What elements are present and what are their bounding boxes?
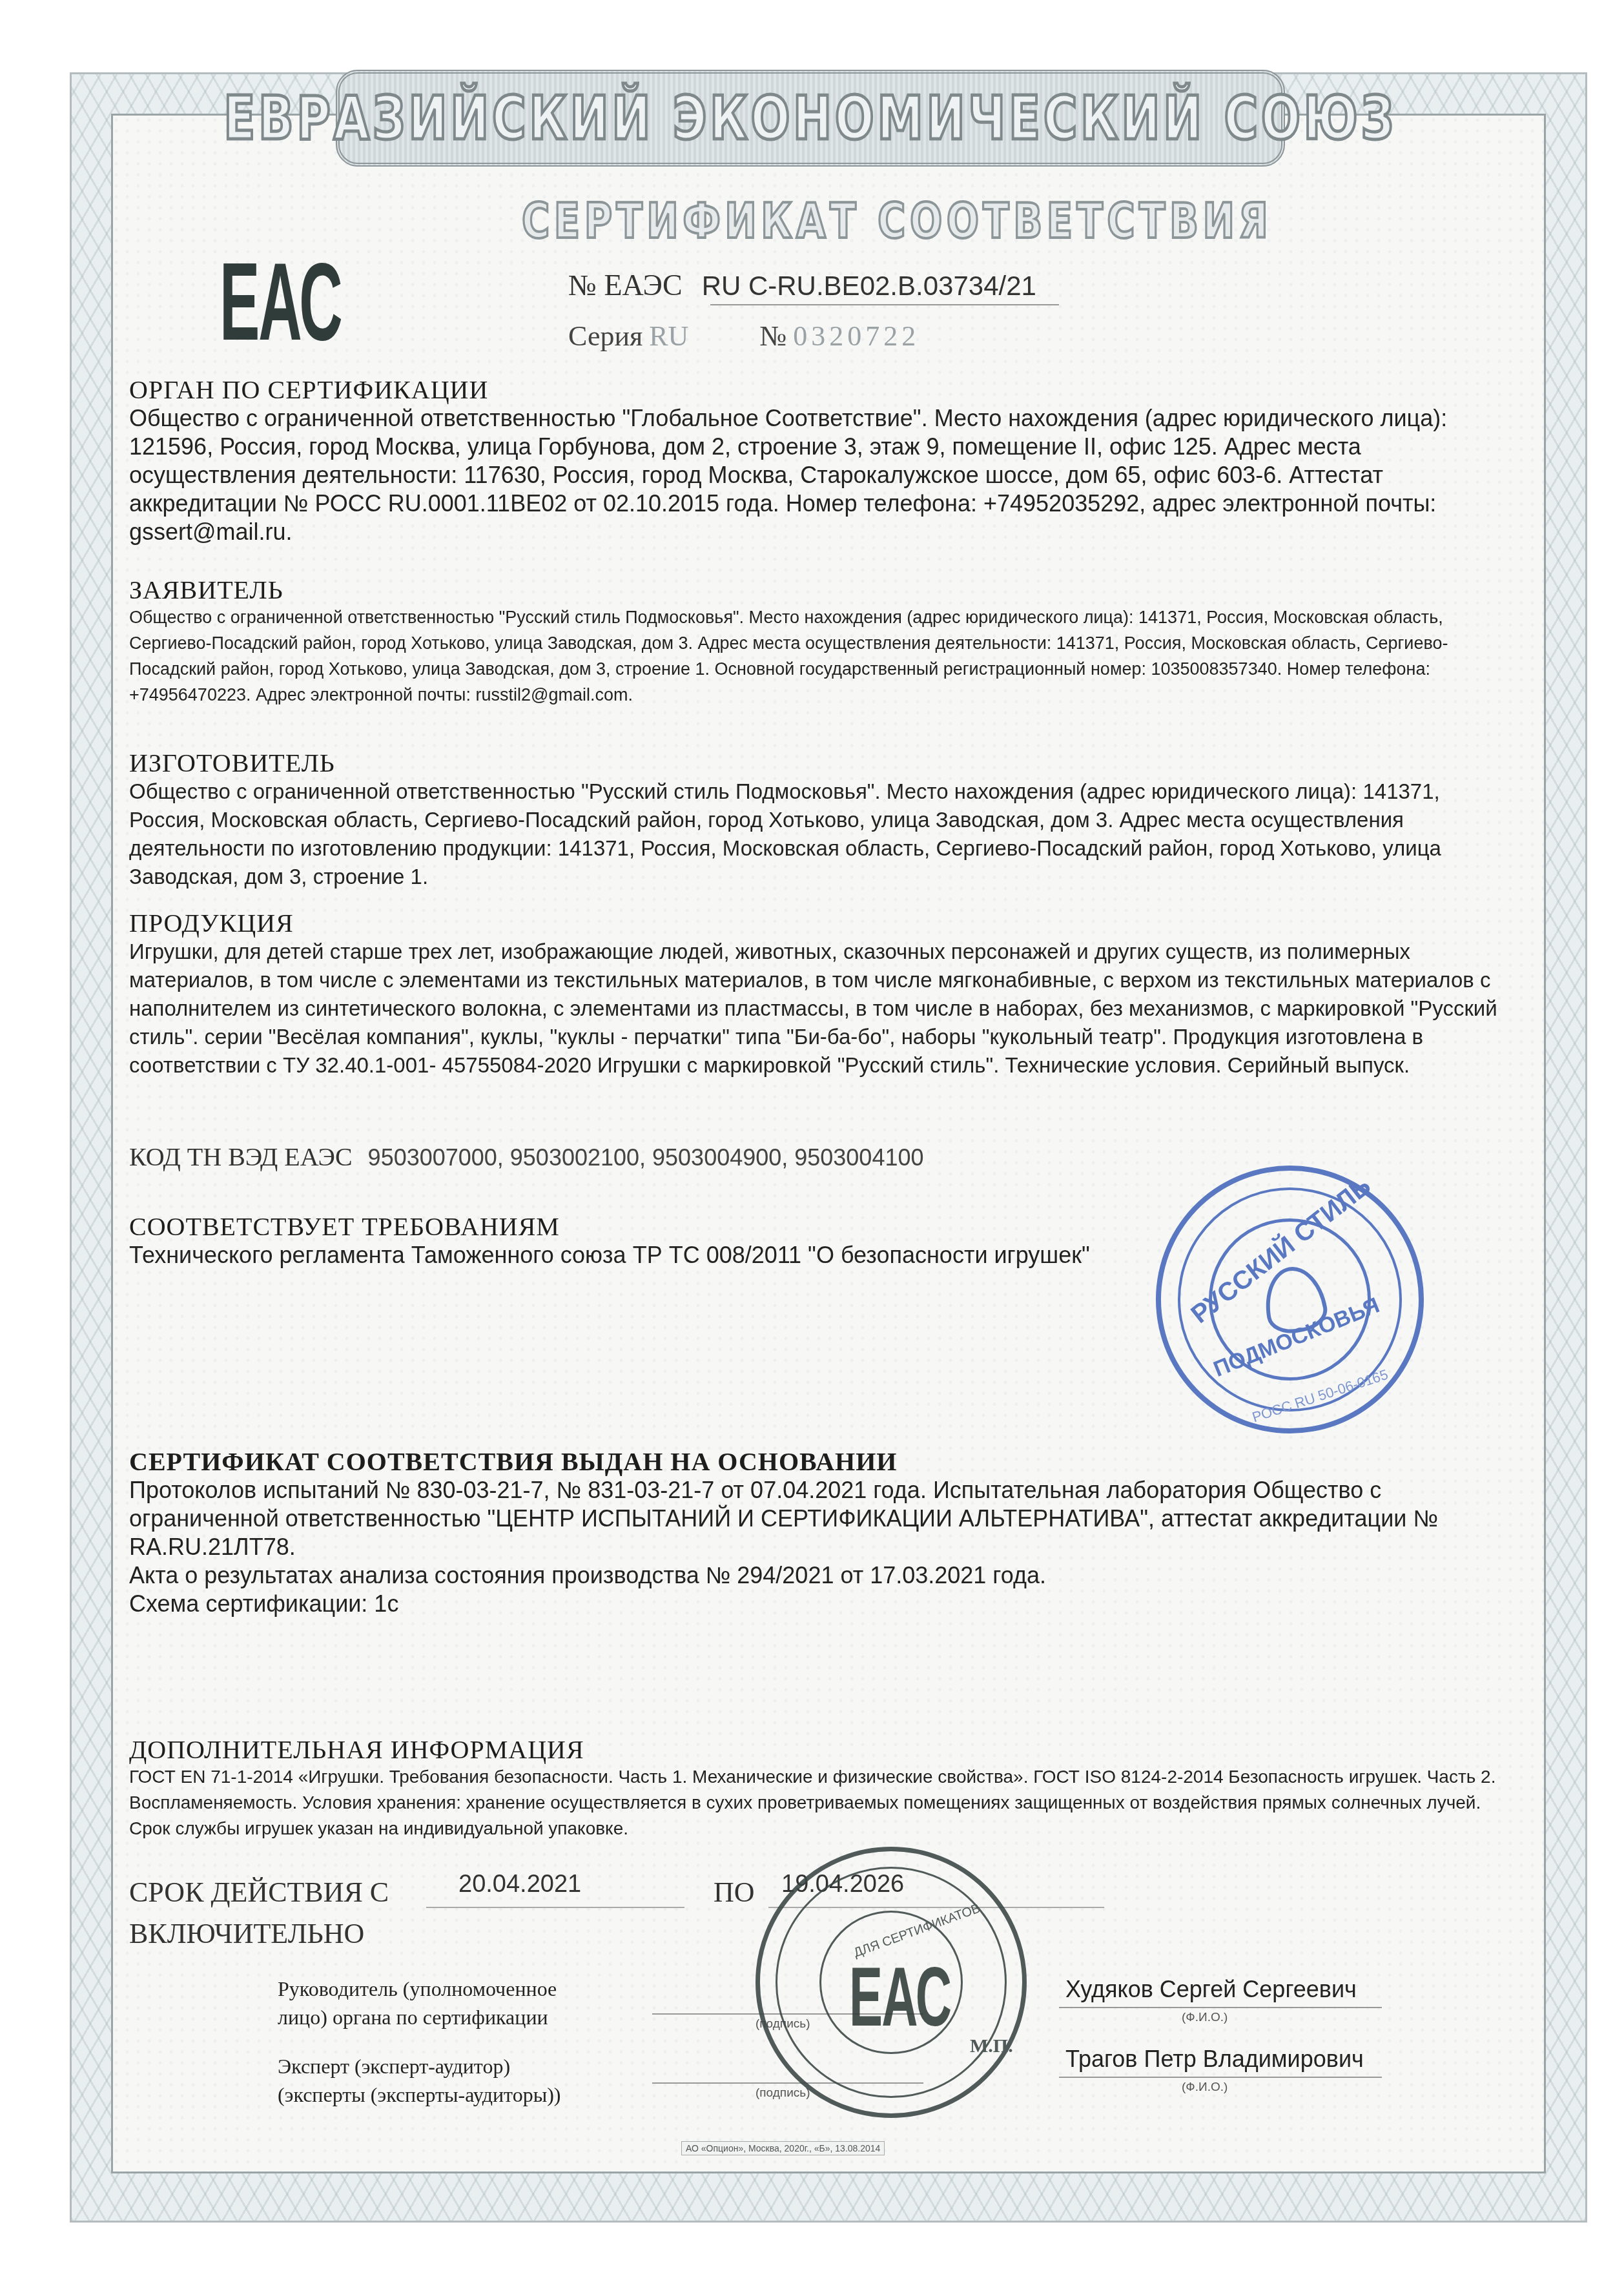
serial-label: №	[759, 320, 786, 352]
certification-body-stamp: ДЛЯ СЕРТИФИКАТОВ ЕАС М.П.	[755, 1847, 1027, 2118]
seal-mark: М.П.	[970, 2035, 1013, 2057]
section-heading: ДОПОЛНИТЕЛЬНАЯ ИНФОРМАЦИЯ	[129, 1736, 1498, 1764]
series-label: Серия	[568, 320, 642, 352]
validity-from-date: 20.04.2021	[458, 1871, 581, 1898]
expert-signatory-label: Эксперт (эксперт-аудитор) (эксперты (экс…	[278, 2052, 560, 2109]
label-line: (эксперты (эксперты-аудиторы))	[278, 2080, 560, 2109]
section-body: Игрушки, для детей старше трех лет, изоб…	[129, 938, 1498, 1080]
section-basis: СЕРТИФИКАТ СООТВЕТСТВИЯ ВЫДАН НА ОСНОВАН…	[129, 1448, 1498, 1618]
validity-from-label: СРОК ДЕЙСТВИЯ С	[129, 1876, 389, 1909]
series-value: RU	[649, 320, 688, 352]
label-line: Эксперт (эксперт-аудитор)	[278, 2052, 560, 2080]
section-body-protocols: Протоколов испытаний № 830-03-21-7, № 83…	[129, 1476, 1498, 1561]
head-name-caption: (Ф.И.О.)	[1182, 2011, 1228, 2025]
section-heading: ПРОДУКЦИЯ	[129, 909, 1498, 938]
validity-inclusive: ВКЛЮЧИТЕЛЬНО	[129, 1917, 364, 1950]
section-body-scheme: Схема сертификации: 1с	[129, 1590, 1498, 1618]
certificate-number-label: № ЕАЭС	[568, 269, 683, 302]
section-body: Общество с ограниченной ответственностью…	[129, 777, 1498, 891]
eac-stamp-icon: ЕАС	[849, 1948, 951, 2045]
section-body: ГОСТ EN 71-1-2014 «Игрушки. Требования б…	[129, 1764, 1498, 1842]
tnved-label: КОД ТН ВЭД ЕАЭС	[129, 1142, 353, 1171]
certificate-number-value: RU C-RU.BE02.B.03734/21	[702, 271, 1036, 301]
divider	[710, 304, 1059, 305]
expert-name-line	[1059, 2077, 1382, 2078]
section-body: Общество с ограниченной ответственностью…	[129, 404, 1498, 546]
section-applicant: ЗАЯВИТЕЛЬ Общество с ограниченной ответс…	[129, 576, 1498, 708]
union-banner-text: ЕВРАЗИЙСКИЙ ЭКОНОМИЧЕСКИЙ СОЮЗ	[224, 84, 1397, 153]
union-banner: ЕВРАЗИЙСКИЙ ЭКОНОМИЧЕСКИЙ СОЮЗ	[336, 70, 1285, 167]
validity-to-label: ПО	[714, 1876, 755, 1909]
section-heading: ОРГАН ПО СЕРТИФИКАЦИИ	[129, 376, 1498, 404]
head-signatory-label: Руководитель (уполномоченное лицо) орган…	[278, 1975, 557, 2031]
section-heading: ЗАЯВИТЕЛЬ	[129, 576, 1498, 604]
print-info: АО «Опцион», Москва, 2020г., «Б», 13.08.…	[681, 2141, 885, 2155]
section-body: Общество с ограниченной ответственностью…	[129, 604, 1498, 708]
head-name: Худяков Сергей Сергеевич	[1065, 1976, 1357, 2003]
certificate-title: СЕРТИФИКАТ СООТВЕТСТВИЯ	[522, 194, 1080, 249]
section-body-act: Акта о результатах анализа состояния про…	[129, 1561, 1498, 1590]
expert-signature-caption: (подпись)	[755, 2086, 810, 2100]
expert-name: Трагов Петр Владимирович	[1065, 2046, 1364, 2073]
label-line: лицо) органа по сертификации	[278, 2003, 557, 2031]
section-heading: СООТВЕТСТВУЕТ ТРЕБОВАНИЯМ	[129, 1213, 1227, 1241]
head-name-line	[1059, 2007, 1382, 2008]
expert-name-caption: (Ф.И.О.)	[1182, 2080, 1228, 2095]
certificate-number: № ЕАЭСRU C-RU.BE02.B.03734/21	[568, 268, 1036, 302]
label-line: Руководитель (уполномоченное	[278, 1975, 557, 2003]
section-requirements: СООТВЕТСТВУЕТ ТРЕБОВАНИЯМ Технического р…	[129, 1213, 1227, 1269]
series-line: СерияRU№0320722	[568, 320, 920, 353]
serial-value: 0320722	[793, 320, 920, 352]
section-additional: ДОПОЛНИТЕЛЬНАЯ ИНФОРМАЦИЯ ГОСТ EN 71-1-2…	[129, 1736, 1498, 1842]
section-body: Технического регламента Таможенного союз…	[129, 1241, 1227, 1269]
section-heading: СЕРТИФИКАТ СООТВЕТСТВИЯ ВЫДАН НА ОСНОВАН…	[129, 1448, 1498, 1476]
tnved-value: 9503007000, 9503002100, 9503004900, 9503…	[368, 1144, 924, 1171]
section-product: ПРОДУКЦИЯ Игрушки, для детей старше трех…	[129, 909, 1498, 1080]
divider	[426, 1907, 684, 1908]
tnved-code: КОД ТН ВЭД ЕАЭС9503007000, 9503002100, 9…	[129, 1142, 923, 1172]
section-manufacturer: ИЗГОТОВИТЕЛЬ Общество с ограниченной отв…	[129, 749, 1498, 891]
eac-logo-icon: ЕАС	[220, 239, 341, 365]
section-heading: ИЗГОТОВИТЕЛЬ	[129, 749, 1498, 777]
section-organ: ОРГАН ПО СЕРТИФИКАЦИИ Общество с огранич…	[129, 376, 1498, 546]
